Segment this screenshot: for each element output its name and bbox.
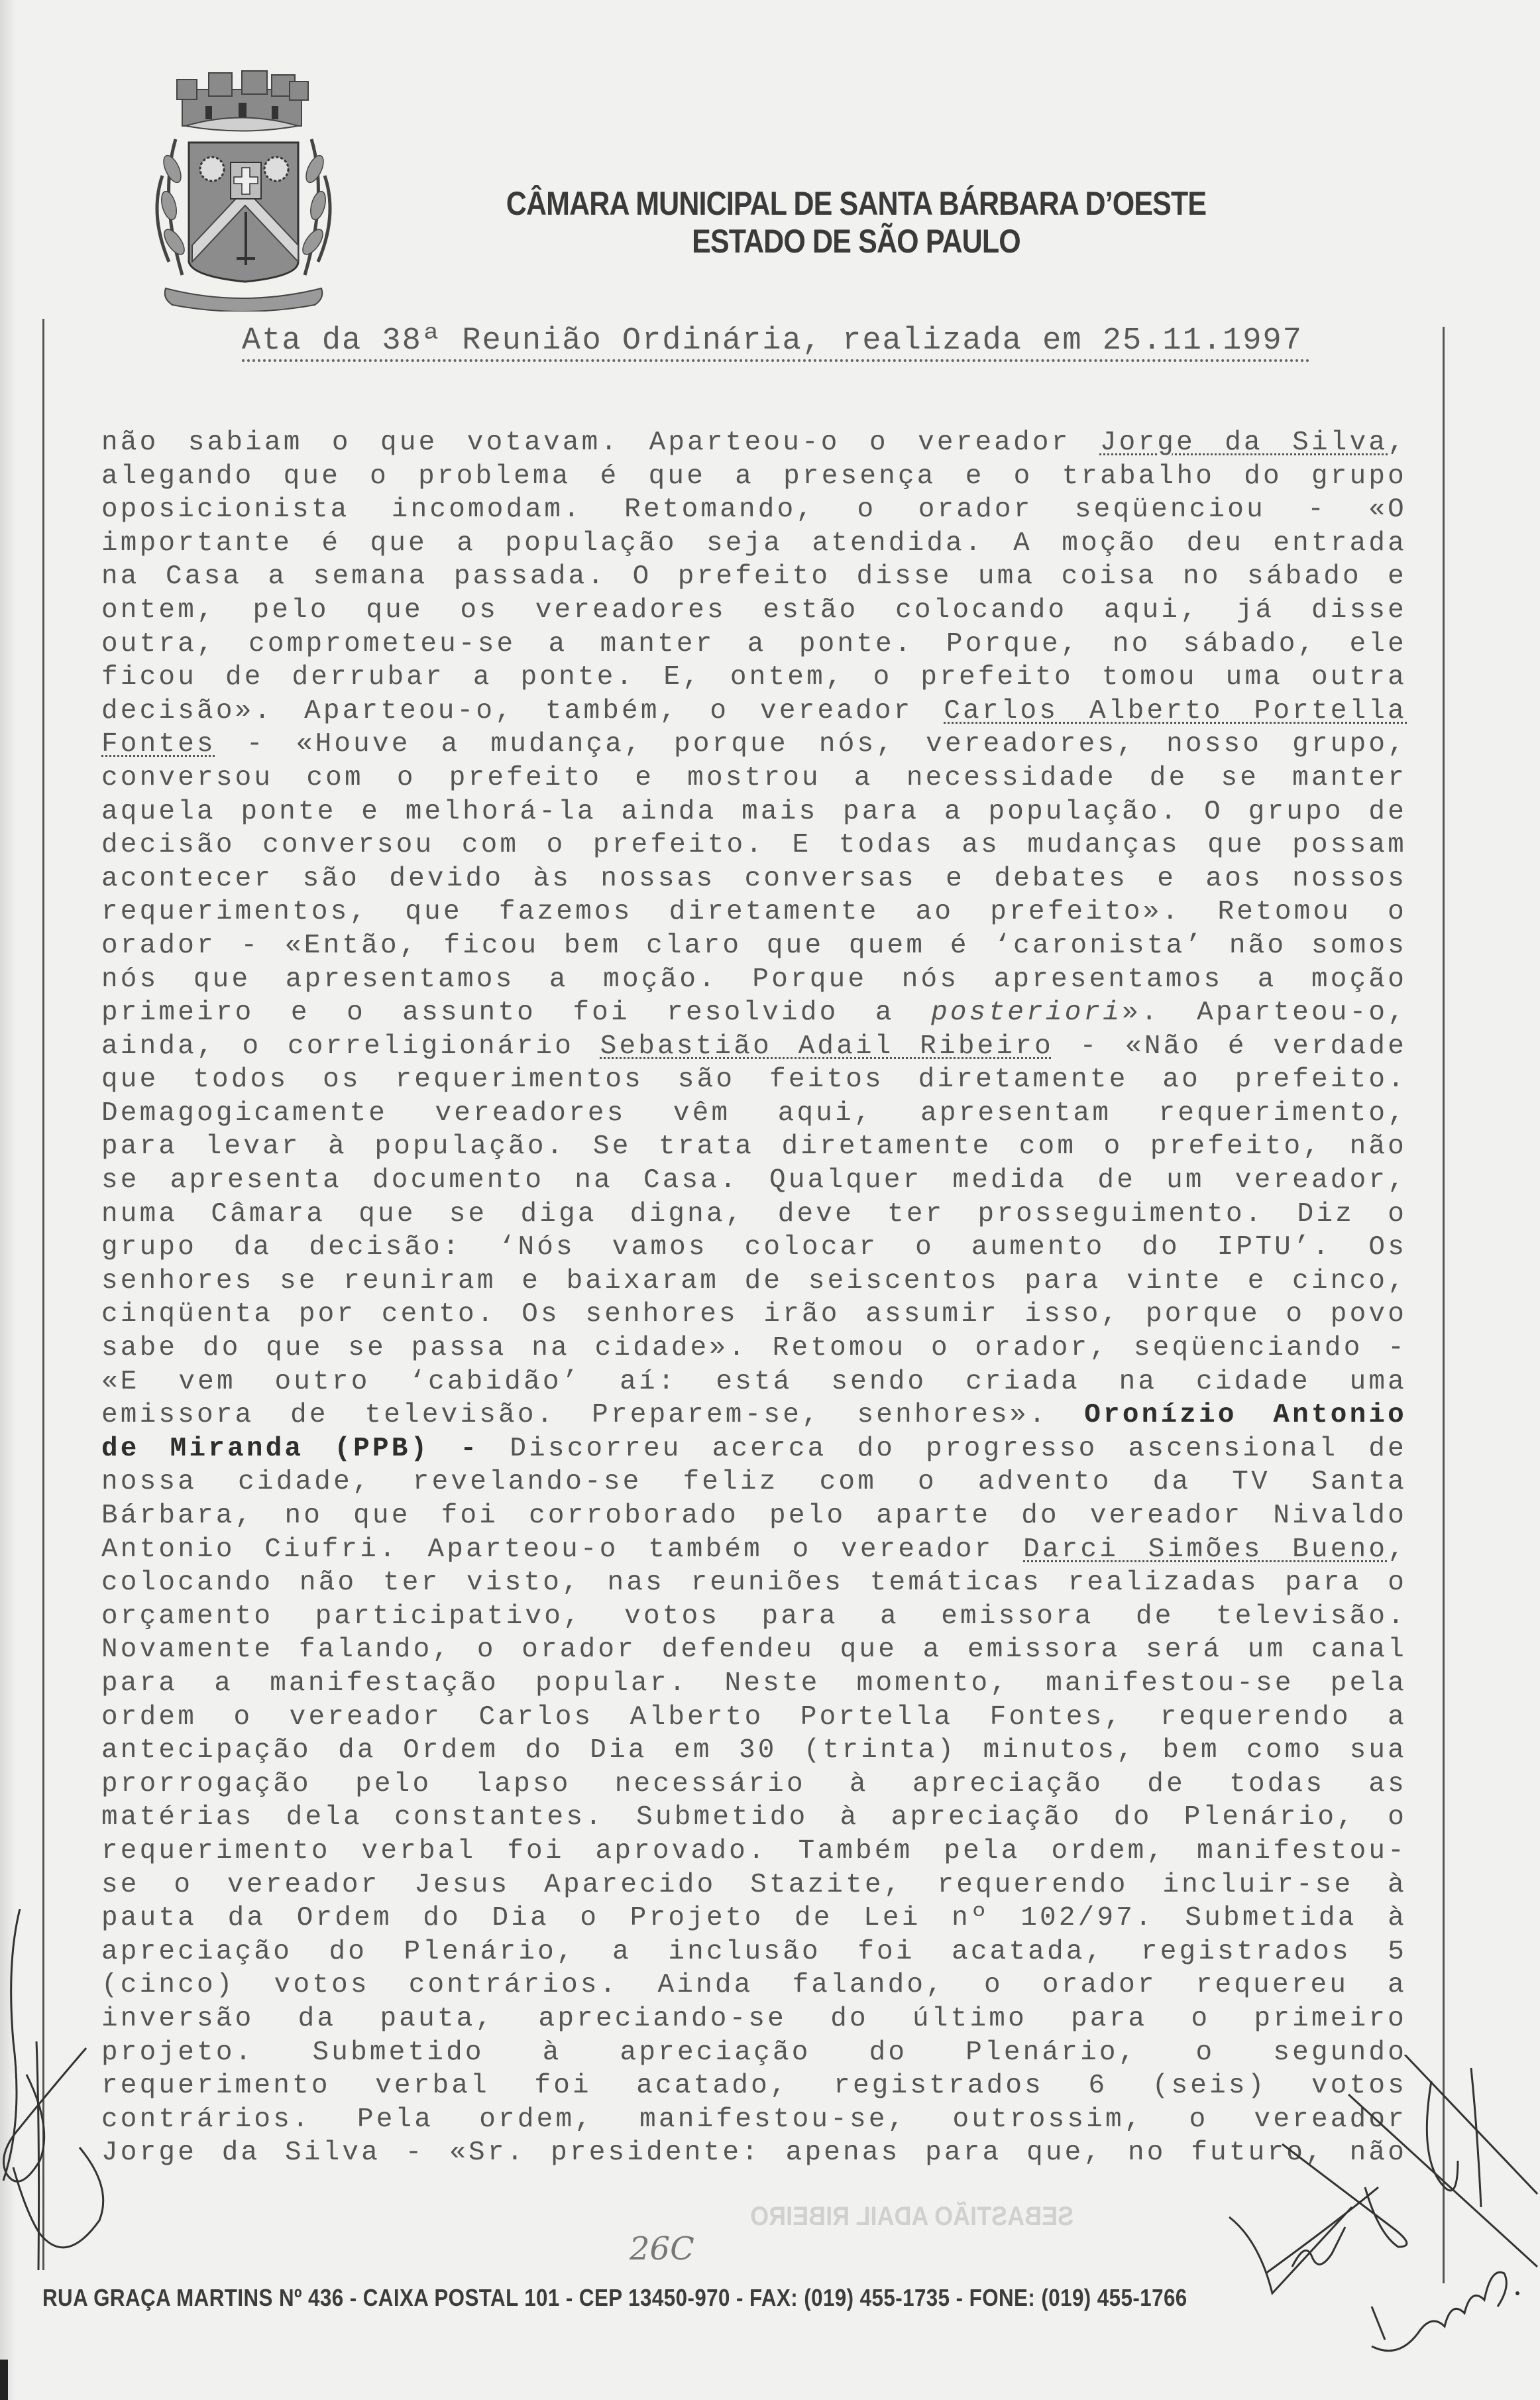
text-run: requerimentos, que fazemos diretamente a… (101, 897, 1407, 927)
text-line: inversão da pauta, apreciando-se do últi… (101, 2002, 1407, 2036)
text-line: não sabiam o que votavam. Aparteou-o o v… (101, 426, 1407, 460)
text-line: para a manifestação popular. Neste momen… (101, 1667, 1407, 1701)
text-run: ». Aparteou-o, (1122, 998, 1407, 1028)
speaker-name: de Miranda (PPB) - (101, 1434, 479, 1464)
text-run: decisão». Aparteou-o, também, o vereador (101, 696, 944, 726)
handwritten-page-number: 26C (630, 2230, 694, 2267)
text-line: conversou com o prefeito e mostrou a nec… (101, 762, 1407, 795)
text-line: aquela ponte e melhorá-la ainda mais par… (101, 795, 1407, 829)
text-run: apreciação do Plenário, a inclusão foi a… (101, 1937, 1407, 1967)
left-margin-rule (42, 319, 44, 2270)
text-line: ontem, pelo que os vereadores estão colo… (101, 594, 1407, 628)
text-run: na Casa a semana passada. O prefeito dis… (101, 561, 1407, 592)
text-run: prorrogação pelo lapso necessário à apre… (101, 1769, 1407, 1800)
text-run: conversou com o prefeito e mostrou a nec… (101, 763, 1407, 793)
text-run: «E vem outro ‘cabidão’ aí: está sendo cr… (101, 1367, 1407, 1397)
text-run: ainda, o correligionário (101, 1031, 600, 1062)
italic-term: posteriori (931, 998, 1122, 1028)
text-run: contrários. Pela ordem, manifestou-se, o… (101, 2104, 1407, 2135)
underlined-name: Fontes (101, 729, 216, 760)
text-line: nós que apresentamos a moção. Porque nós… (101, 963, 1407, 997)
text-run: importante é que a população seja atendi… (101, 528, 1407, 559)
text-line: Jorge da Silva - «Sr. presidente: apenas… (101, 2136, 1407, 2170)
text-line: de Miranda (PPB) - Discorreu acerca do p… (101, 1432, 1407, 1466)
org-name: CÂMARA MUNICIPAL DE SANTA BÁRBARA D’OEST… (194, 184, 1519, 223)
text-run: grupo da decisão: ‘Nós vamos colocar o a… (101, 1232, 1407, 1263)
text-line: antecipação da Ordem do Dia em 30 (trint… (101, 1734, 1407, 1768)
text-run: cinqüenta por cento. Os senhores irão as… (101, 1299, 1407, 1330)
text-run: ordem o vereador Carlos Alberto Portella… (101, 1702, 1407, 1733)
text-run: acontecer são devido às nossas conversas… (101, 864, 1407, 894)
text-line: «E vem outro ‘cabidão’ aí: está sendo cr… (101, 1365, 1407, 1399)
bleed-through-text: SEBASTIÃO ADAIL RIBEIRO (750, 2202, 1073, 2232)
text-line: outra, comprometeu-se a manter a ponte. … (101, 628, 1407, 661)
text-run: requerimento verbal foi aprovado. Também… (101, 1836, 1407, 1866)
text-run: projeto. Submetido à apreciação do Plená… (101, 2037, 1407, 2068)
text-run: , (1388, 1534, 1407, 1565)
text-line: grupo da decisão: ‘Nós vamos colocar o a… (101, 1231, 1407, 1265)
text-run: Demagogicamente vereadores vêm aqui, apr… (101, 1098, 1407, 1129)
right-margin-rule (1443, 327, 1445, 2283)
text-run: não sabiam o que votavam. Aparteou-o o v… (101, 428, 1100, 458)
text-run: Novamente falando, o orador defendeu que… (101, 1634, 1407, 1665)
text-run: numa Câmara que se diga digna, deve ter … (101, 1199, 1407, 1229)
text-run: decisão conversou com o prefeito. E toda… (101, 830, 1407, 860)
speaker-name: Oronízio Antonio (1084, 1400, 1407, 1430)
text-line: orçamento participativo, votos para a em… (101, 1600, 1407, 1634)
text-run: Antonio Ciufri. Aparteou-o também o vere… (101, 1534, 1023, 1565)
text-run: - «Não é verdade (1054, 1031, 1407, 1062)
text-run: (cinco) votos contrários. Ainda falando,… (101, 1970, 1407, 2000)
page-edge-shadow (0, 0, 15, 2400)
text-line: ainda, o correligionário Sebastião Adail… (101, 1030, 1407, 1064)
text-line: Novamente falando, o orador defendeu que… (101, 1633, 1407, 1667)
text-line: cinqüenta por cento. Os senhores irão as… (101, 1298, 1407, 1332)
text-run: aquela ponte e melhorá-la ainda mais par… (101, 797, 1407, 827)
text-line: emissora de televisão. Preparem-se, senh… (101, 1399, 1407, 1432)
text-run: pauta da Ordem do Dia o Projeto de Lei n… (101, 1903, 1407, 1933)
underlined-name: Carlos Alberto Portella (944, 696, 1407, 726)
text-run: Discorreu acerca do progresso ascensiona… (479, 1434, 1407, 1464)
text-line: que todos os requerimentos são feitos di… (101, 1063, 1407, 1097)
text-run: matérias dela constantes. Submetido à ap… (101, 1802, 1407, 1833)
underlined-name: Darci Simões Bueno (1023, 1534, 1388, 1565)
text-run: oposicionista incomodam. Retomando, o or… (101, 494, 1407, 525)
text-line: requerimento verbal foi acatado, registr… (101, 2069, 1407, 2103)
text-line: alegando que o problema é que a presença… (101, 460, 1407, 494)
text-run: nós que apresentamos a moção. Porque nós… (101, 964, 1407, 995)
left-margin-signature (0, 1909, 106, 2280)
text-run: ficou de derrubar a ponte. E, ontem, o p… (101, 662, 1407, 693)
text-run: ontem, pelo que os vereadores estão colo… (101, 595, 1407, 626)
text-run: se apresenta documento na Casa. Qualquer… (101, 1165, 1407, 1196)
text-run: emissora de televisão. Preparem-se, senh… (101, 1400, 1084, 1430)
footer-address: RUA GRAÇA MARTINS Nº 436 - CAIXA POSTAL … (42, 2284, 1187, 2312)
text-line: nossa cidade, revelando-se feliz com o a… (101, 1465, 1407, 1499)
text-run: , (1388, 428, 1407, 458)
text-line: projeto. Submetido à apreciação do Plená… (101, 2036, 1407, 2070)
text-line: ordem o vereador Carlos Alberto Portella… (101, 1701, 1407, 1735)
text-line: sabe do que se passa na cidade». Retomou… (101, 1332, 1407, 1365)
org-state: ESTADO DE SÃO PAULO (194, 222, 1519, 260)
text-line: se o vereador Jesus Aparecido Stazite, r… (101, 1868, 1407, 1902)
text-run: para levar à população. Se trata diretam… (101, 1131, 1407, 1162)
text-run: primeiro e o assunto foi resolvido a (101, 998, 931, 1028)
text-run: - «Houve a mudança, porque nós, vereador… (216, 729, 1407, 760)
text-line: contrários. Pela ordem, manifestou-se, o… (101, 2103, 1407, 2137)
text-run: orçamento participativo, votos para a em… (101, 1601, 1407, 1632)
text-line: requerimento verbal foi aprovado. Também… (101, 1835, 1407, 1868)
text-line: (cinco) votos contrários. Ainda falando,… (101, 1969, 1407, 2002)
text-run: sabe do que se passa na cidade». Retomou… (101, 1333, 1407, 1363)
text-run: nossa cidade, revelando-se feliz com o a… (101, 1467, 1407, 1497)
text-run: Jorge da Silva - «Sr. presidente: apenas… (101, 2138, 1407, 2168)
text-run: antecipação da Ordem do Dia em 30 (trint… (101, 1735, 1407, 1766)
text-line: Fontes - «Houve a mudança, porque nós, v… (101, 728, 1407, 762)
text-line: Bárbara, no que foi corroborado pelo apa… (101, 1499, 1407, 1533)
text-run: que todos os requerimentos são feitos di… (101, 1064, 1407, 1095)
text-run: requerimento verbal foi acatado, registr… (101, 2071, 1407, 2101)
text-run: se o vereador Jesus Aparecido Stazite, r… (101, 1870, 1407, 1900)
text-line: apreciação do Plenário, a inclusão foi a… (101, 1935, 1407, 1969)
text-line: matérias dela constantes. Submetido à ap… (101, 1801, 1407, 1835)
text-line: orador - «Então, ficou bem claro que que… (101, 929, 1407, 963)
text-line: na Casa a semana passada. O prefeito dis… (101, 560, 1407, 594)
text-line: se apresenta documento na Casa. Qualquer… (101, 1164, 1407, 1198)
text-line: prorrogação pelo lapso necessário à apre… (101, 1768, 1407, 1801)
text-line: numa Câmara que se diga digna, deve ter … (101, 1198, 1407, 1231)
text-run: outra, comprometeu-se a manter a ponte. … (101, 629, 1407, 659)
text-run: alegando que o problema é que a presença… (101, 461, 1407, 492)
text-line: primeiro e o assunto foi resolvido a pos… (101, 996, 1407, 1030)
text-line: Demagogicamente vereadores vêm aqui, apr… (101, 1097, 1407, 1131)
text-line: decisão conversou com o prefeito. E toda… (101, 829, 1407, 862)
text-run: colocando não ter visto, nas reuniões te… (101, 1568, 1407, 1598)
text-line: requerimentos, que fazemos diretamente a… (101, 895, 1407, 929)
text-run: orador - «Então, ficou bem claro que que… (101, 931, 1407, 961)
text-run: inversão da pauta, apreciando-se do últi… (101, 2004, 1407, 2034)
text-line: colocando não ter visto, nas reuniões te… (101, 1566, 1407, 1600)
text-line: acontecer são devido às nossas conversas… (101, 862, 1407, 896)
underlined-name: Jorge da Silva (1100, 428, 1388, 458)
underlined-name: Sebastião Adail Ribeiro (600, 1031, 1054, 1062)
text-line: oposicionista incomodam. Retomando, o or… (101, 493, 1407, 527)
text-line: Antonio Ciufri. Aparteou-o também o vere… (101, 1533, 1407, 1567)
text-line: senhores se reuniram e baixaram de seisc… (101, 1265, 1407, 1298)
text-run: senhores se reuniram e baixaram de seisc… (101, 1266, 1407, 1296)
text-line: pauta da Ordem do Dia o Projeto de Lei n… (101, 1902, 1407, 1935)
minutes-body: não sabiam o que votavam. Aparteou-o o v… (101, 426, 1407, 2170)
text-run: Bárbara, no que foi corroborado pelo apa… (101, 1501, 1407, 1531)
text-line: para levar à população. Se trata diretam… (101, 1130, 1407, 1164)
bottom-right-initials (1358, 2254, 1540, 2360)
text-run: para a manifestação popular. Neste momen… (101, 1668, 1407, 1699)
page-corner-shadow (0, 2360, 8, 2400)
text-line: decisão». Aparteou-o, também, o vereador… (101, 695, 1407, 728)
text-line: ficou de derrubar a ponte. E, ontem, o p… (101, 661, 1407, 695)
minutes-title: Ata da 38ª Reunião Ordinária, realizada … (242, 325, 1310, 362)
text-line: importante é que a população seja atendi… (101, 527, 1407, 561)
